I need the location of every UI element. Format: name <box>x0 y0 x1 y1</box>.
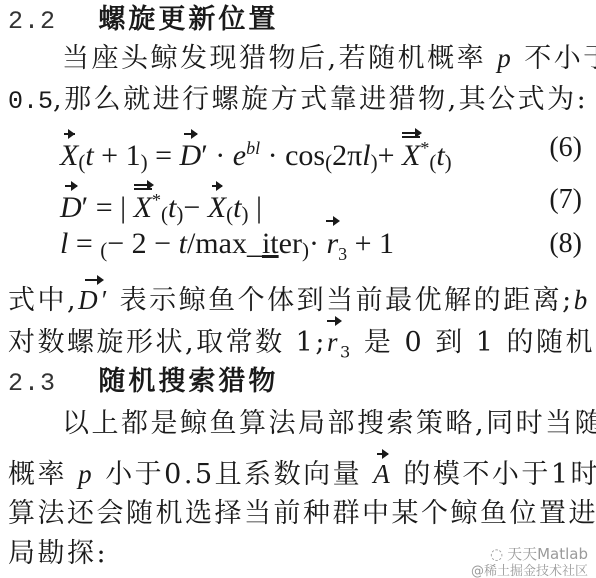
section-title: 螺旋更新位置 <box>98 4 278 35</box>
text: 是 0 到 1 的随机数. <box>364 327 596 358</box>
variable-p: p <box>497 43 513 73</box>
text: ,那么就进行螺旋方式靠进猎物,其公式为: <box>53 84 588 115</box>
equation-number: (8) <box>549 226 582 262</box>
paragraph-line: 当座头鲸发现猎物后,若随机概率 p 不小于 <box>62 42 596 75</box>
paragraph-line: 概率 p 小于0.5且系数向量 A 的模不小于1时,鲸鱼 <box>8 458 596 491</box>
text: 的模不小于1时,鲸鱼 <box>403 459 596 490</box>
section-heading-2-3: 2.3 随机搜索猎物 <box>8 366 278 400</box>
text: 局勘探: <box>8 538 108 569</box>
number: 0.5 <box>8 87 53 116</box>
text: 对数螺旋形状,取常数 1; <box>8 327 327 358</box>
paragraph-line: 以上都是鲸鱼算法局部搜索策略,同时当随机 <box>62 408 596 440</box>
text: 概率 <box>8 459 67 490</box>
text: 小于0.5且系数向量 <box>105 459 362 490</box>
watermark-subtitle: @稀土掘金技术社区 <box>471 560 588 578</box>
equation-7: D′ = | X*(t)− X(t) | <box>60 182 262 232</box>
text: 不小于 <box>524 43 596 74</box>
text: 当座头鲸发现猎物后,若随机概率 <box>62 43 486 74</box>
equation-number: (7) <box>549 182 582 218</box>
explanation-line: 式中,D′ 表示鲸鱼个体到当前最优解的距离;b 代表 <box>8 284 596 317</box>
text: 式中, <box>8 285 78 316</box>
text: 以上都是鲸鱼算法局部搜索策略,同时当随机 <box>62 408 596 439</box>
text: 表示鲸鱼个体到当前最优解的距离; <box>120 285 574 316</box>
section-title: 随机搜索猎物 <box>98 366 278 397</box>
section-heading-2-2: 2.2 螺旋更新位置 <box>8 4 278 38</box>
variable-a: A <box>373 458 392 490</box>
equation-8: l = (− 2 − t/max_iter)· r3 + 1 <box>60 226 394 272</box>
explanation-line: 对数螺旋形状,取常数 1;r3 是 0 到 1 的随机数. <box>8 326 596 368</box>
paragraph-line: 局勘探: <box>8 538 108 570</box>
variable-p: p <box>78 459 94 489</box>
text: 算法还会随机选择当前种群中某个鲸鱼位置进行全 <box>8 498 596 529</box>
variable-d: D′ <box>78 284 108 316</box>
section-number: 2.2 <box>8 7 56 36</box>
variable-b: b <box>574 285 590 315</box>
equation-number: (6) <box>549 130 582 166</box>
paragraph-line: 0.5,那么就进行螺旋方式靠进猎物,其公式为: <box>8 84 588 118</box>
variable-r: r <box>327 326 340 358</box>
subscript: 3 <box>340 342 353 361</box>
equation-6: X(t + 1) = D′ · ebl · cos(2πl)+ X*(t) <box>60 130 452 180</box>
section-number: 2.3 <box>8 369 56 398</box>
paragraph-line: 算法还会随机选择当前种群中某个鲸鱼位置进行全 <box>8 498 596 530</box>
